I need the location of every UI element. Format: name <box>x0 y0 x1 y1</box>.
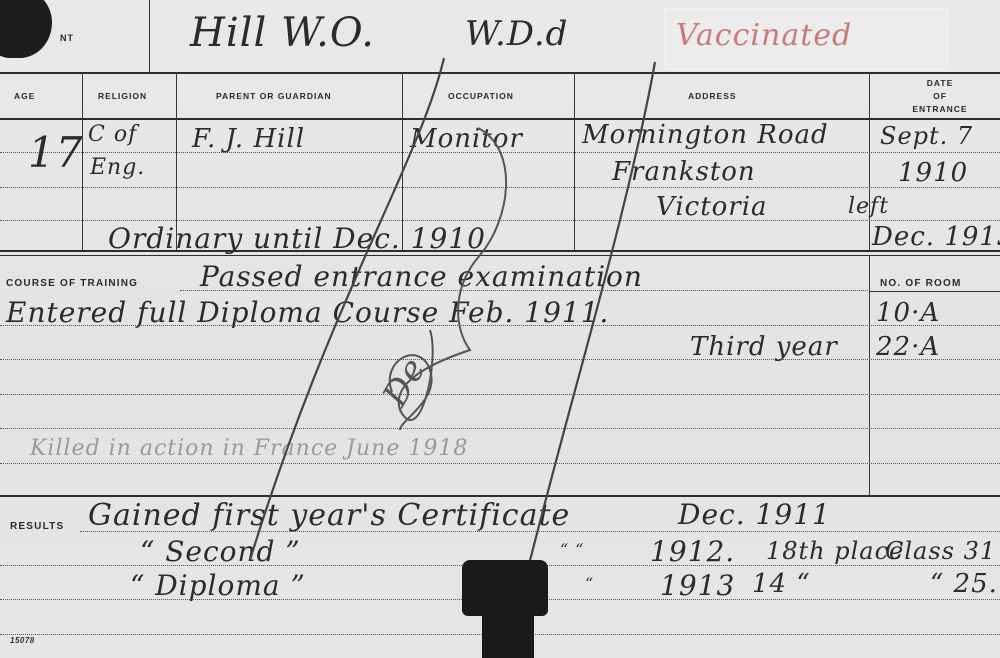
cancel-stroke-left <box>250 58 444 560</box>
cancel-stroke-right <box>520 62 655 600</box>
punch-hole-stem <box>482 605 534 658</box>
student-record-card: NT Hill W.O. W.D.d Vaccinated AGE RELIGI… <box>0 0 1000 658</box>
serial-number: 15078 <box>10 636 35 645</box>
